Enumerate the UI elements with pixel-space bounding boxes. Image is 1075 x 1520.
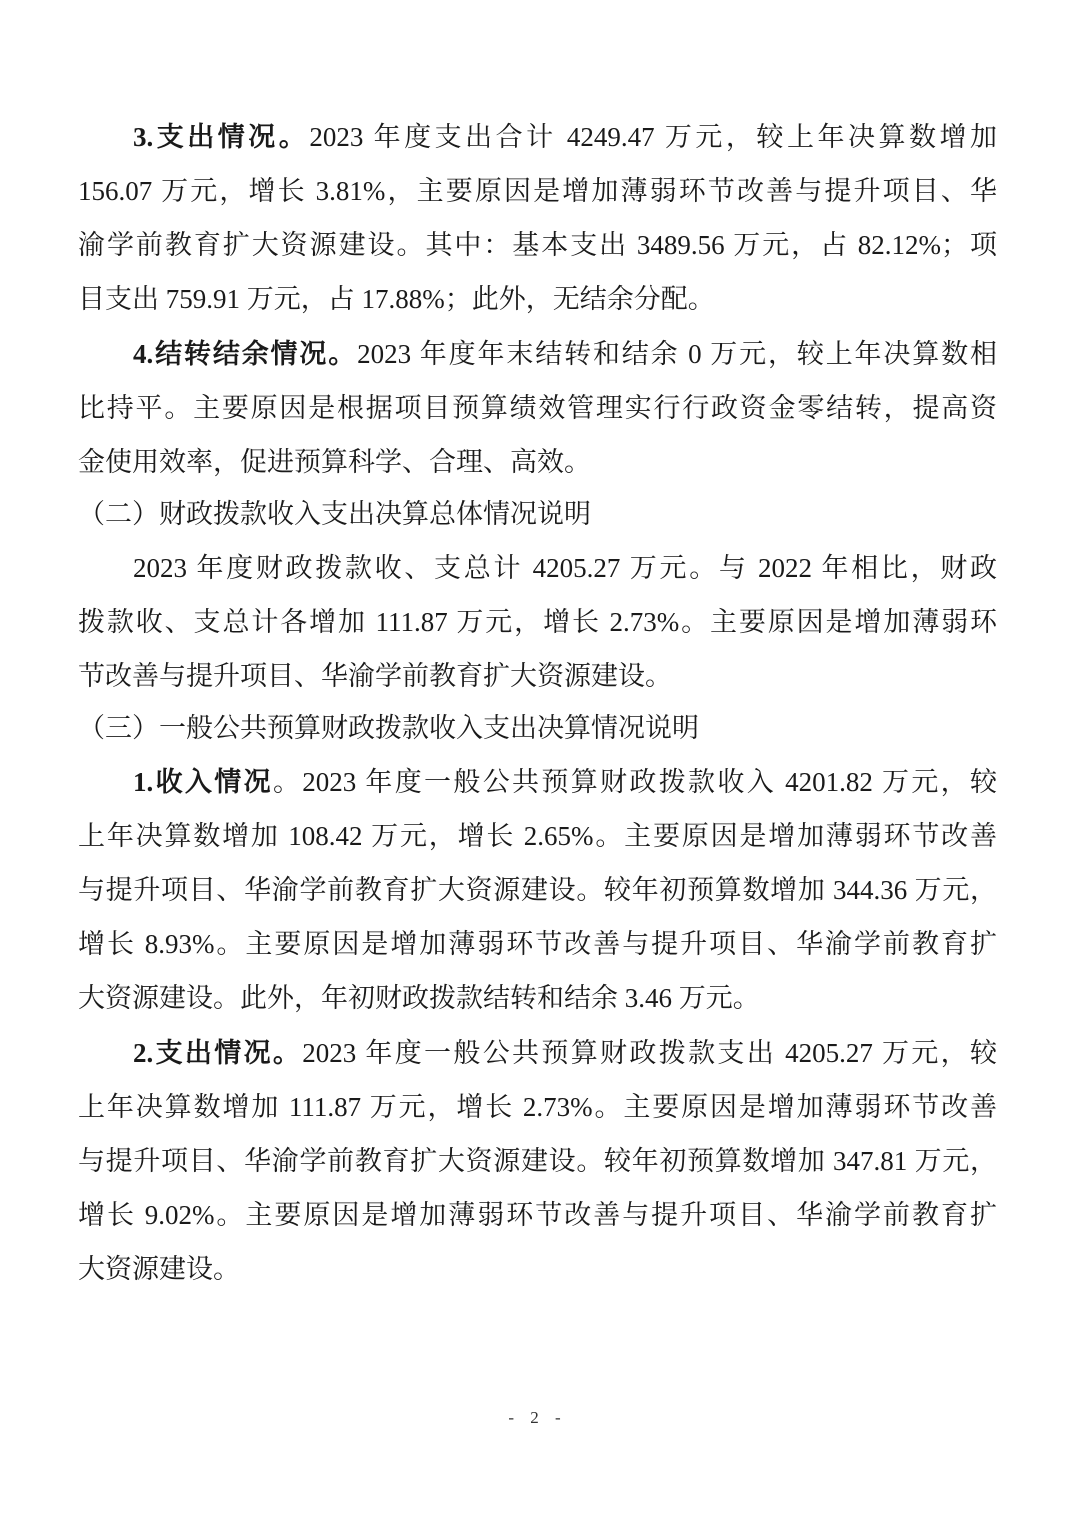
section-heading-2: （二）财政拨款收入支出决算总体情况说明 [78, 497, 997, 531]
section-lead-income: 1.收入情况 [133, 767, 273, 797]
paragraph-line: 上年决算数增加 108.42 万元，增长 2.65%。主要原因是增加薄弱环节改善 [78, 819, 997, 853]
paragraph-line: 大资源建设。此外，年初财政拨款结转和结余 3.46 万元。 [78, 981, 997, 1015]
paragraph-line: 156.07 万元，增长 3.81%，主要原因是增加薄弱环节改善与提升项目、华 [78, 174, 997, 208]
paragraph-line: 金使用效率，促进预算科学、合理、高效。 [78, 445, 997, 479]
page-number: - 2 - [0, 1408, 1075, 1428]
section-lead-spending: 2.支出情况。 [133, 1038, 302, 1068]
section-heading-3: （三）一般公共预算财政拨款收入支出决算情况说明 [78, 711, 997, 745]
document-page: 3.支出情况。2023 年度支出合计 4249.47 万元，较上年决算数增加 1… [0, 0, 1075, 1520]
section-lead-carryover: 4.结转结余情况。 [133, 339, 357, 369]
paragraph-line: 与提升项目、华渝学前教育扩大资源建设。较年初预算数增加 347.81 万元， [78, 1144, 997, 1178]
paragraph-line: 大资源建设。 [78, 1252, 997, 1286]
paragraph-line: 增长 9.02%。主要原因是增加薄弱环节改善与提升项目、华渝学前教育扩 [78, 1198, 997, 1232]
paragraph-line: 目支出 759.91 万元，占 17.88%；此外，无结余分配。 [78, 282, 997, 316]
paragraph-line: 渝学前教育扩大资源建设。其中：基本支出 3489.56 万元，占 82.12%；… [78, 228, 997, 262]
paragraph-line: 1.收入情况。2023 年度一般公共预算财政拨款收入 4201.82 万元，较 [133, 765, 997, 799]
paragraph-line: 增长 8.93%。主要原因是增加薄弱环节改善与提升项目、华渝学前教育扩 [78, 927, 997, 961]
paragraph-line: 4.结转结余情况。2023 年度年末结转和结余 0 万元，较上年决算数相 [133, 337, 997, 371]
paragraph-line: 上年决算数增加 111.87 万元，增长 2.73%。主要原因是增加薄弱环节改善 [78, 1090, 997, 1124]
paragraph-line: 2.支出情况。2023 年度一般公共预算财政拨款支出 4205.27 万元，较 [133, 1036, 997, 1070]
paragraph-line: 拨款收、支总计各增加 111.87 万元，增长 2.73%。主要原因是增加薄弱环 [78, 605, 997, 639]
paragraph-line: 节改善与提升项目、华渝学前教育扩大资源建设。 [78, 659, 997, 693]
paragraph-line: 3.支出情况。2023 年度支出合计 4249.47 万元，较上年决算数增加 [133, 120, 997, 154]
paragraph-line: 2023 年度财政拨款收、支总计 4205.27 万元。与 2022 年相比，财… [133, 551, 997, 585]
paragraph-line: 与提升项目、华渝学前教育扩大资源建设。较年初预算数增加 344.36 万元， [78, 873, 997, 907]
paragraph-line: 比持平。主要原因是根据项目预算绩效管理实行行政资金零结转，提高资 [78, 391, 997, 425]
section-lead-expenditure: 3.支出情况。 [133, 122, 309, 152]
